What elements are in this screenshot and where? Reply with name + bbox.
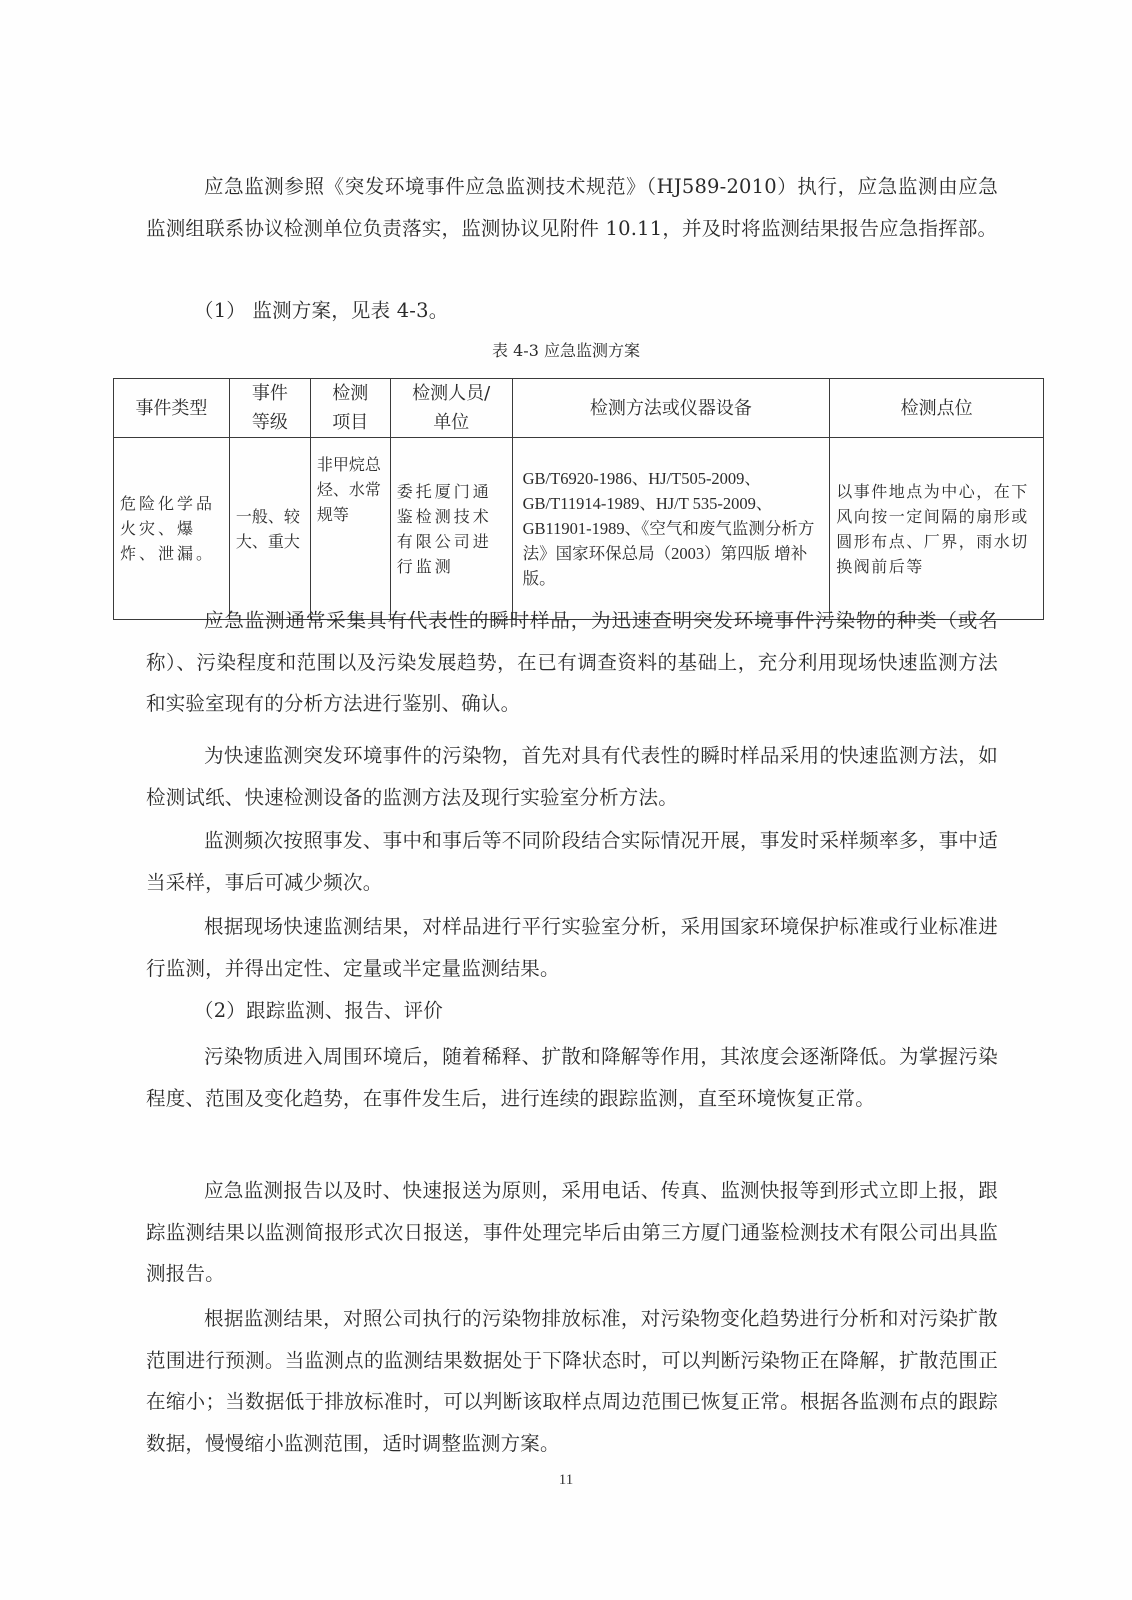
cell-test-items: 非甲烷总烃、水常规等 bbox=[310, 438, 390, 620]
header-personnel: 检测人员/单位 bbox=[390, 379, 512, 438]
header-locations: 检测点位 bbox=[830, 379, 1044, 438]
cell-event-type: 危险化学品火灾、爆炸、泄漏。 bbox=[114, 438, 230, 620]
table-caption: 表 4-3 应急监测方案 bbox=[0, 338, 1132, 361]
header-event-type: 事件类型 bbox=[114, 379, 230, 438]
cell-locations: 以事件地点为中心，在下风向按一定间隔的扇形或圆形布点、厂界，雨水切换阀前后等 bbox=[830, 438, 1044, 620]
table-row: 危险化学品火灾、爆炸、泄漏。 一般、较大、重大 非甲烷总烃、水常规等 委托厦门通… bbox=[114, 438, 1044, 620]
header-event-level: 事件等级 bbox=[229, 379, 310, 438]
heading-tracking: （2）跟踪监测、报告、评价 bbox=[146, 990, 998, 1032]
header-methods: 检测方法或仪器设备 bbox=[512, 379, 830, 438]
paragraph-monitoring-reference: 应急监测参照《突发环境事件应急监测技术规范》（HJ589-2010）执行，应急监… bbox=[146, 166, 998, 249]
document-page: 应急监测参照《突发环境事件应急监测技术规范》（HJ589-2010）执行，应急监… bbox=[0, 0, 1132, 1600]
paragraph-lab-analysis: 根据现场快速监测结果，对样品进行平行实验室分析，采用国家环境保护标准或行业标准进… bbox=[146, 906, 998, 989]
cell-event-level: 一般、较大、重大 bbox=[229, 438, 310, 620]
page-number: 11 bbox=[0, 1472, 1132, 1489]
table-header-row: 事件类型 事件等级 检测项目 检测人员/单位 检测方法或仪器设备 检测点位 bbox=[114, 379, 1044, 438]
monitoring-plan-table: 事件类型 事件等级 检测项目 检测人员/单位 检测方法或仪器设备 检测点位 危险… bbox=[113, 378, 1044, 620]
paragraph-rapid-monitoring: 为快速监测突发环境事件的污染物，首先对具有代表性的瞬时样品采用的快速监测方法，如… bbox=[146, 735, 998, 818]
cell-personnel: 委托厦门通鉴检测技术有限公司进行监测 bbox=[390, 438, 512, 620]
paragraph-frequency: 监测频次按照事发、事中和事后等不同阶段结合实际情况开展，事发时采样频率多，事中适… bbox=[146, 820, 998, 903]
paragraph-tracking-monitoring: 污染物质进入周围环境后，随着稀释、扩散和降解等作用，其浓度会逐渐降低。为掌握污染… bbox=[146, 1036, 998, 1119]
heading-monitoring-plan: （1） 监测方案，见表 4-3。 bbox=[146, 290, 998, 332]
paragraph-sampling: 应急监测通常采集具有代表性的瞬时样品，为迅速查明突发环境事件污染物的种类（或名称… bbox=[146, 600, 998, 725]
paragraph-reporting: 应急监测报告以及时、快速报送为原则，采用电话、传真、监测快报等到形式立即上报，跟… bbox=[146, 1170, 998, 1295]
paragraph-evaluation: 根据监测结果，对照公司执行的污染物排放标准，对污染物变化趋势进行分析和对污染扩散… bbox=[146, 1298, 998, 1464]
header-test-items: 检测项目 bbox=[310, 379, 390, 438]
cell-methods: GB/T6920-1986、HJ/T505-2009、GB/T11914-198… bbox=[512, 438, 830, 620]
